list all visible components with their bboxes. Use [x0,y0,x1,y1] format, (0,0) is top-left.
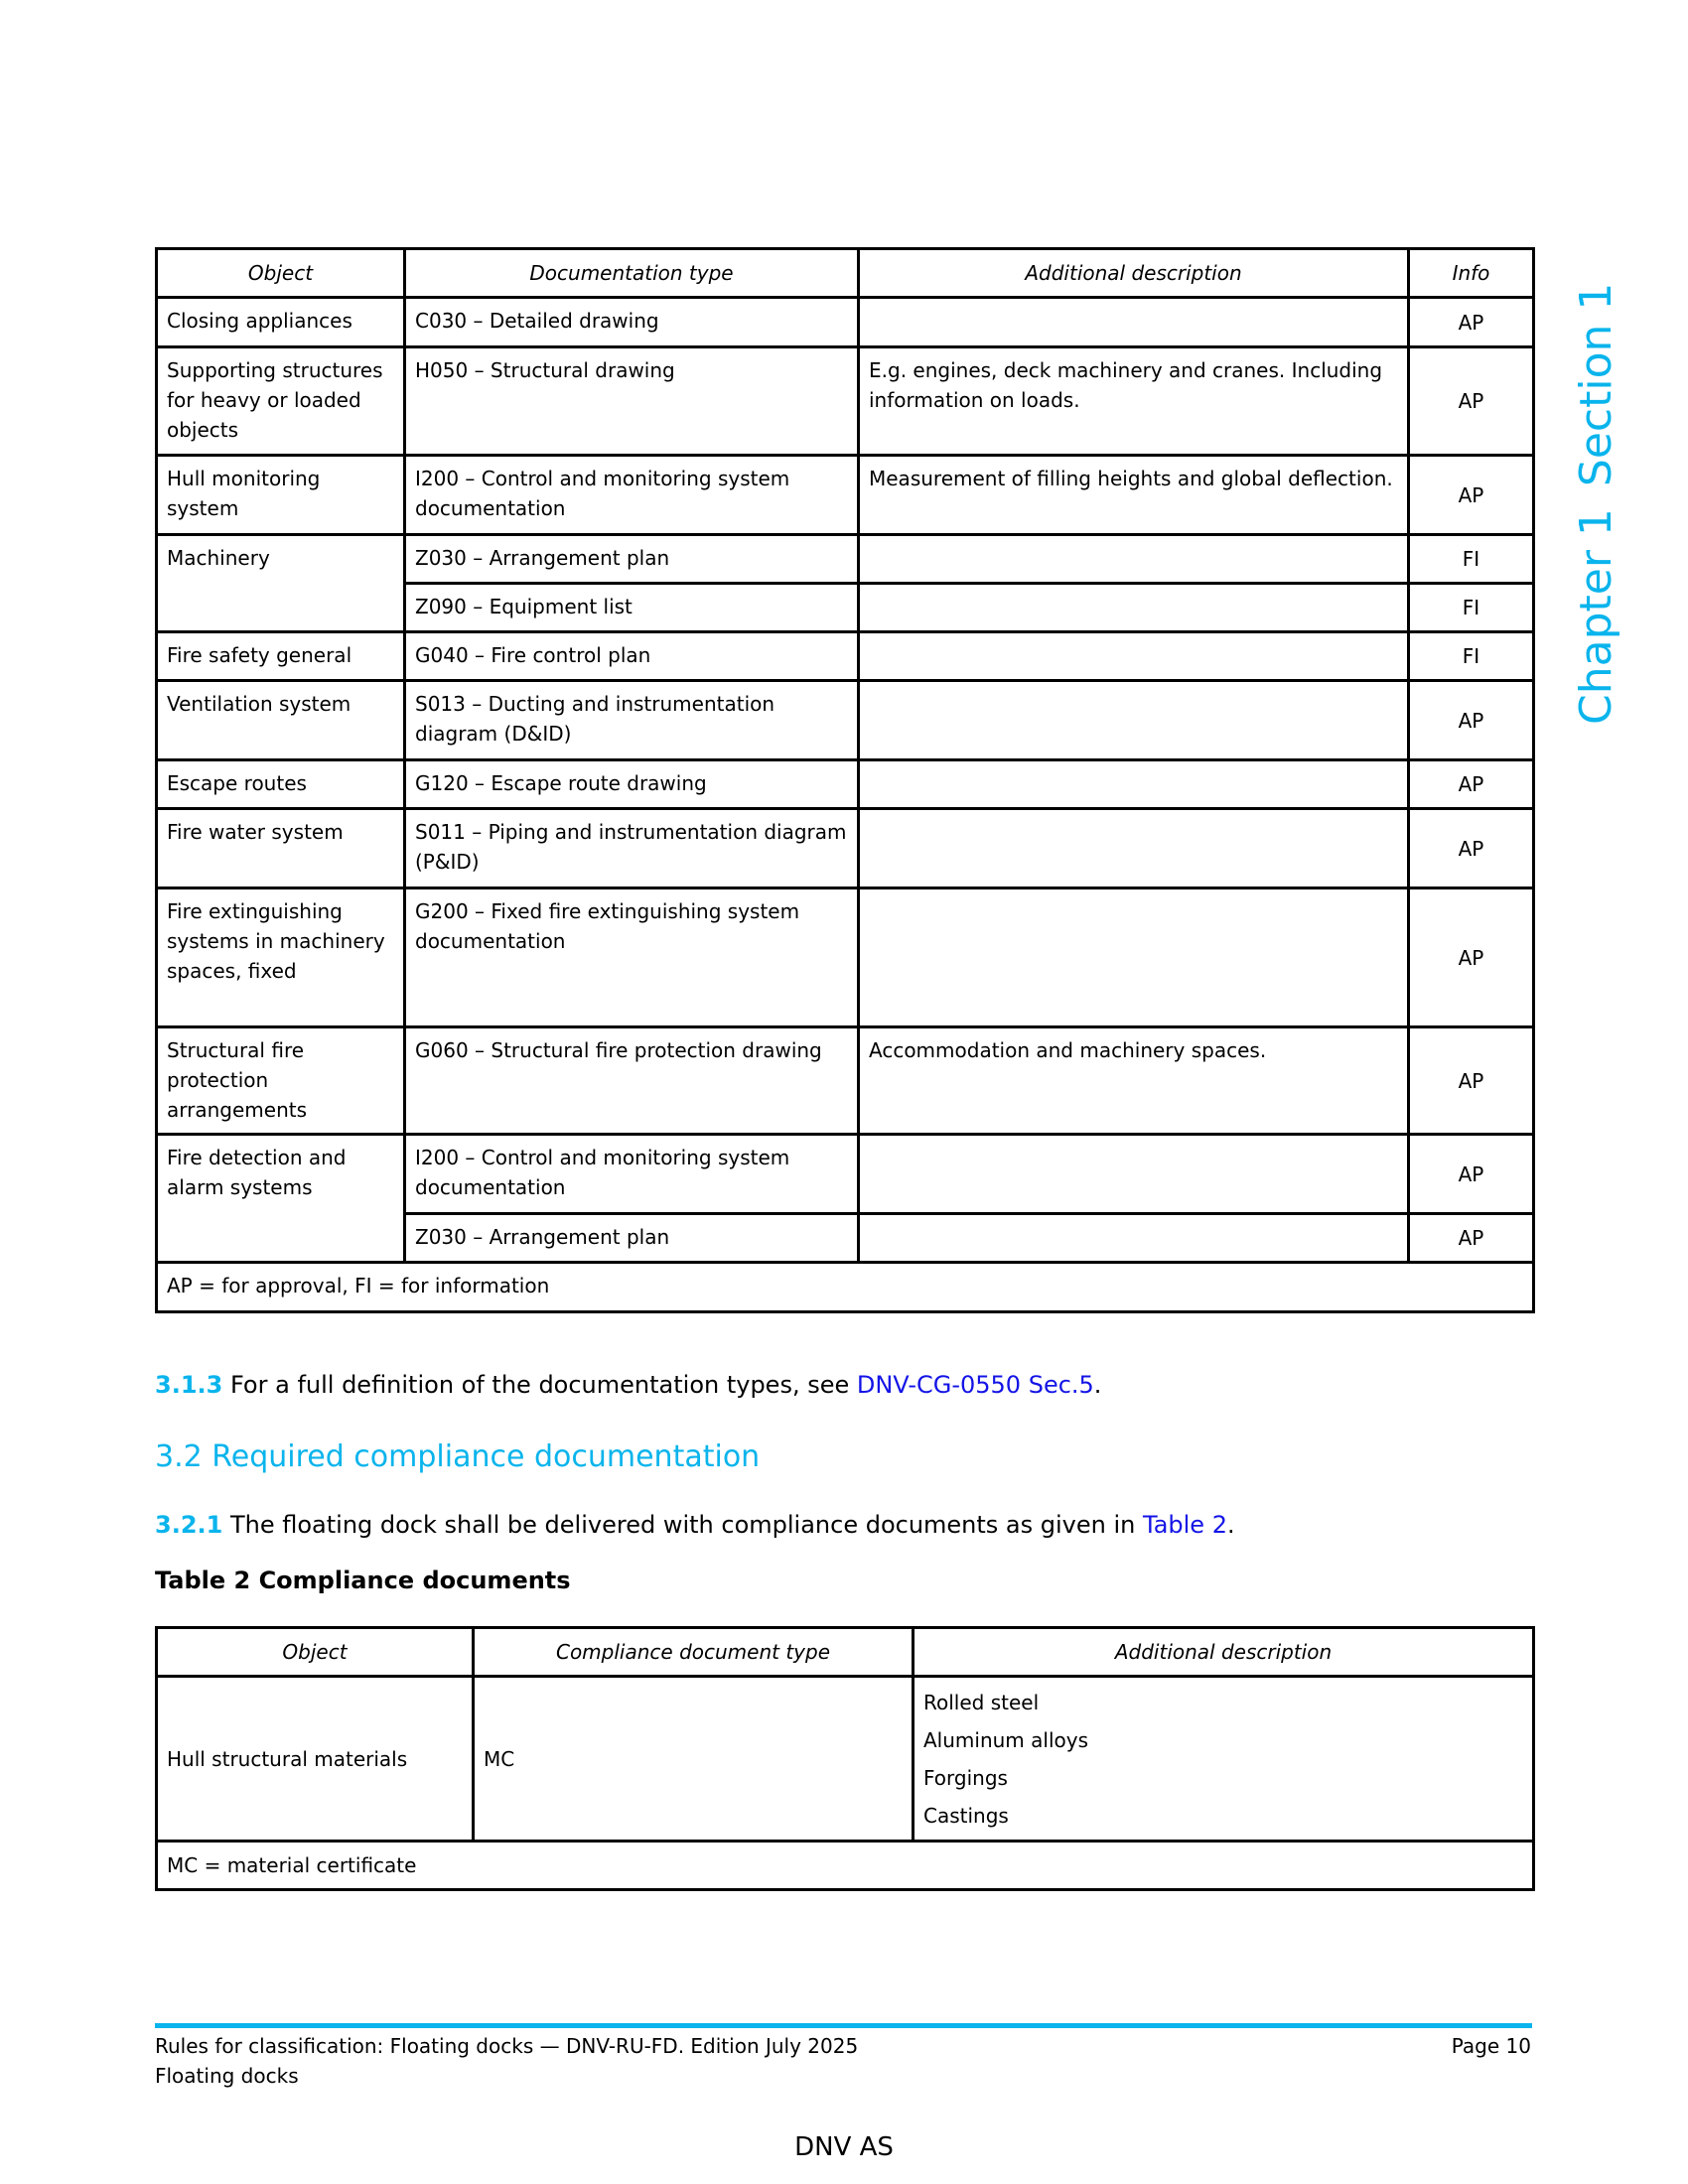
paragraph-number: 3.2.1 [155,1511,222,1539]
cell-object: Structural fire protection arrangements [157,1027,405,1135]
cell-doc-type: C030 – Detailed drawing [405,298,859,347]
footer-publisher: DNV AS [0,2132,1688,2162]
cell-doc-type: I200 – Control and monitoring system doc… [405,456,859,535]
header-documentation-type: Documentation type [405,249,859,298]
paragraph-end: . [1227,1511,1235,1539]
cell-object: Escape routes [157,760,405,809]
cell-info: AP [1409,456,1534,535]
table-row: Fire extinguishing systems in machinery … [157,888,1534,1027]
material-item: Forgings [923,1759,1523,1797]
cell-doc-type: G120 – Escape route drawing [405,760,859,809]
header-object: Object [157,249,405,298]
cell-info: AP [1409,760,1534,809]
paragraph-number: 3.1.3 [155,1371,222,1399]
cell-info: AP [1409,1135,1534,1214]
cell-doc-type: Z030 – Arrangement plan [405,535,859,584]
cell-doc-type: Z090 – Equipment list [405,584,859,632]
cell-info: AP [1409,347,1534,456]
cell-info: FI [1409,584,1534,632]
header-compliance-document-type: Compliance document type [474,1628,914,1677]
cell-description [859,584,1409,632]
table-row: Fire water system S011 – Piping and inst… [157,809,1534,888]
material-item: Castings [923,1797,1523,1835]
cell-info: AP [1409,298,1534,347]
table-footnote: AP = for approval, FI = for information [157,1263,1534,1312]
cell-object: Hull structural materials [157,1677,474,1842]
compliance-table: Object Compliance document type Addition… [155,1626,1535,1891]
cell-object: Closing appliances [157,298,405,347]
cell-description [859,809,1409,888]
link-table-2[interactable]: Table 2 [1143,1511,1227,1539]
cell-object: Fire safety general [157,632,405,681]
cell-doc-type: S011 – Piping and instrumentation diagra… [405,809,859,888]
paragraph-3-2-1: 3.2.1 The floating dock shall be deliver… [155,1509,1235,1541]
cell-description [859,1135,1409,1214]
link-dnv-cg-0550[interactable]: DNV-CG-0550 Sec.5 [857,1371,1094,1399]
cell-object: Supporting structures for heavy or loade… [157,347,405,456]
table-footnote-row: MC = material certificate [157,1842,1534,1890]
table-row: Machinery Z030 – Arrangement plan FI [157,535,1534,584]
footer-document-title: Rules for classification: Floating docks… [155,2031,858,2061]
cell-doc-type: H050 – Structural drawing [405,347,859,456]
cell-description [859,888,1409,1027]
header-object: Object [157,1628,474,1677]
table-row: Supporting structures for heavy or loade… [157,347,1534,456]
footer-divider [155,2023,1532,2028]
table-footnote: MC = material certificate [157,1842,1534,1890]
cell-info: FI [1409,632,1534,681]
section-label: Section 1 [1571,283,1621,486]
documentation-table: Object Documentation type Additional des… [155,247,1535,1313]
cell-object: Fire extinguishing systems in machinery … [157,888,405,1027]
header-info: Info [1409,249,1534,298]
cell-object: Ventilation system [157,681,405,760]
cell-description: E.g. engines, deck machinery and cranes.… [859,347,1409,456]
cell-description [859,1214,1409,1263]
cell-object: Hull monitoring system [157,456,405,535]
table-2-caption: Table 2 Compliance documents [155,1567,571,1594]
cell-object: Machinery [157,535,405,632]
header-additional-description: Additional description [859,249,1409,298]
material-item: Rolled steel [923,1684,1523,1721]
cell-doc-type: S013 – Ducting and instrumentation diagr… [405,681,859,760]
footer-document-subtitle: Floating docks [155,2061,299,2091]
table-row: Fire detection and alarm systems I200 – … [157,1135,1534,1214]
cell-object: Fire detection and alarm systems [157,1135,405,1263]
table-row: Hull structural materials MC Rolled stee… [157,1677,1534,1842]
table-footnote-row: AP = for approval, FI = for information [157,1263,1534,1312]
footer-page-number: Page 10 [1452,2031,1531,2061]
paragraph-text: The floating dock shall be delivered wit… [222,1511,1143,1539]
cell-info: AP [1409,681,1534,760]
table-row: Ventilation system S013 – Ducting and in… [157,681,1534,760]
cell-description [859,535,1409,584]
cell-description: Measurement of filling heights and globa… [859,456,1409,535]
cell-info: AP [1409,1214,1534,1263]
paragraph-3-1-3: 3.1.3 For a full definition of the docum… [155,1369,1101,1401]
cell-doc-type: I200 – Control and monitoring system doc… [405,1135,859,1214]
table-row: Escape routes G120 – Escape route drawin… [157,760,1534,809]
cell-info: AP [1409,1027,1534,1135]
chapter-label: Chapter 1 [1571,508,1621,725]
cell-description [859,298,1409,347]
paragraph-end: . [1094,1371,1102,1399]
cell-doc-type: G040 – Fire control plan [405,632,859,681]
cell-description [859,681,1409,760]
cell-description: Accommodation and machinery spaces. [859,1027,1409,1135]
cell-info: AP [1409,888,1534,1027]
cell-object: Fire water system [157,809,405,888]
cell-info: AP [1409,809,1534,888]
paragraph-text: For a full definition of the documentati… [222,1371,857,1399]
cell-description [859,632,1409,681]
table-row: Closing appliances C030 – Detailed drawi… [157,298,1534,347]
table-row: Fire safety general G040 – Fire control … [157,632,1534,681]
cell-info: FI [1409,535,1534,584]
table-row: Structural fire protection arrangements … [157,1027,1534,1135]
cell-description: Rolled steel Aluminum alloys Forgings Ca… [914,1677,1534,1842]
table-row: Hull monitoring system I200 – Control an… [157,456,1534,535]
cell-doc-type: Z030 – Arrangement plan [405,1214,859,1263]
cell-description [859,760,1409,809]
section-heading-3-2: 3.2 Required compliance documentation [155,1437,760,1477]
cell-doc-type: G060 – Structural fire protection drawin… [405,1027,859,1135]
material-item: Aluminum alloys [923,1721,1523,1759]
header-additional-description: Additional description [914,1628,1534,1677]
chapter-section-label: Chapter 1Section 1 [1567,268,1626,725]
cell-doc-type: G200 – Fixed fire extinguishing system d… [405,888,859,1027]
cell-doc-type: MC [474,1677,914,1842]
